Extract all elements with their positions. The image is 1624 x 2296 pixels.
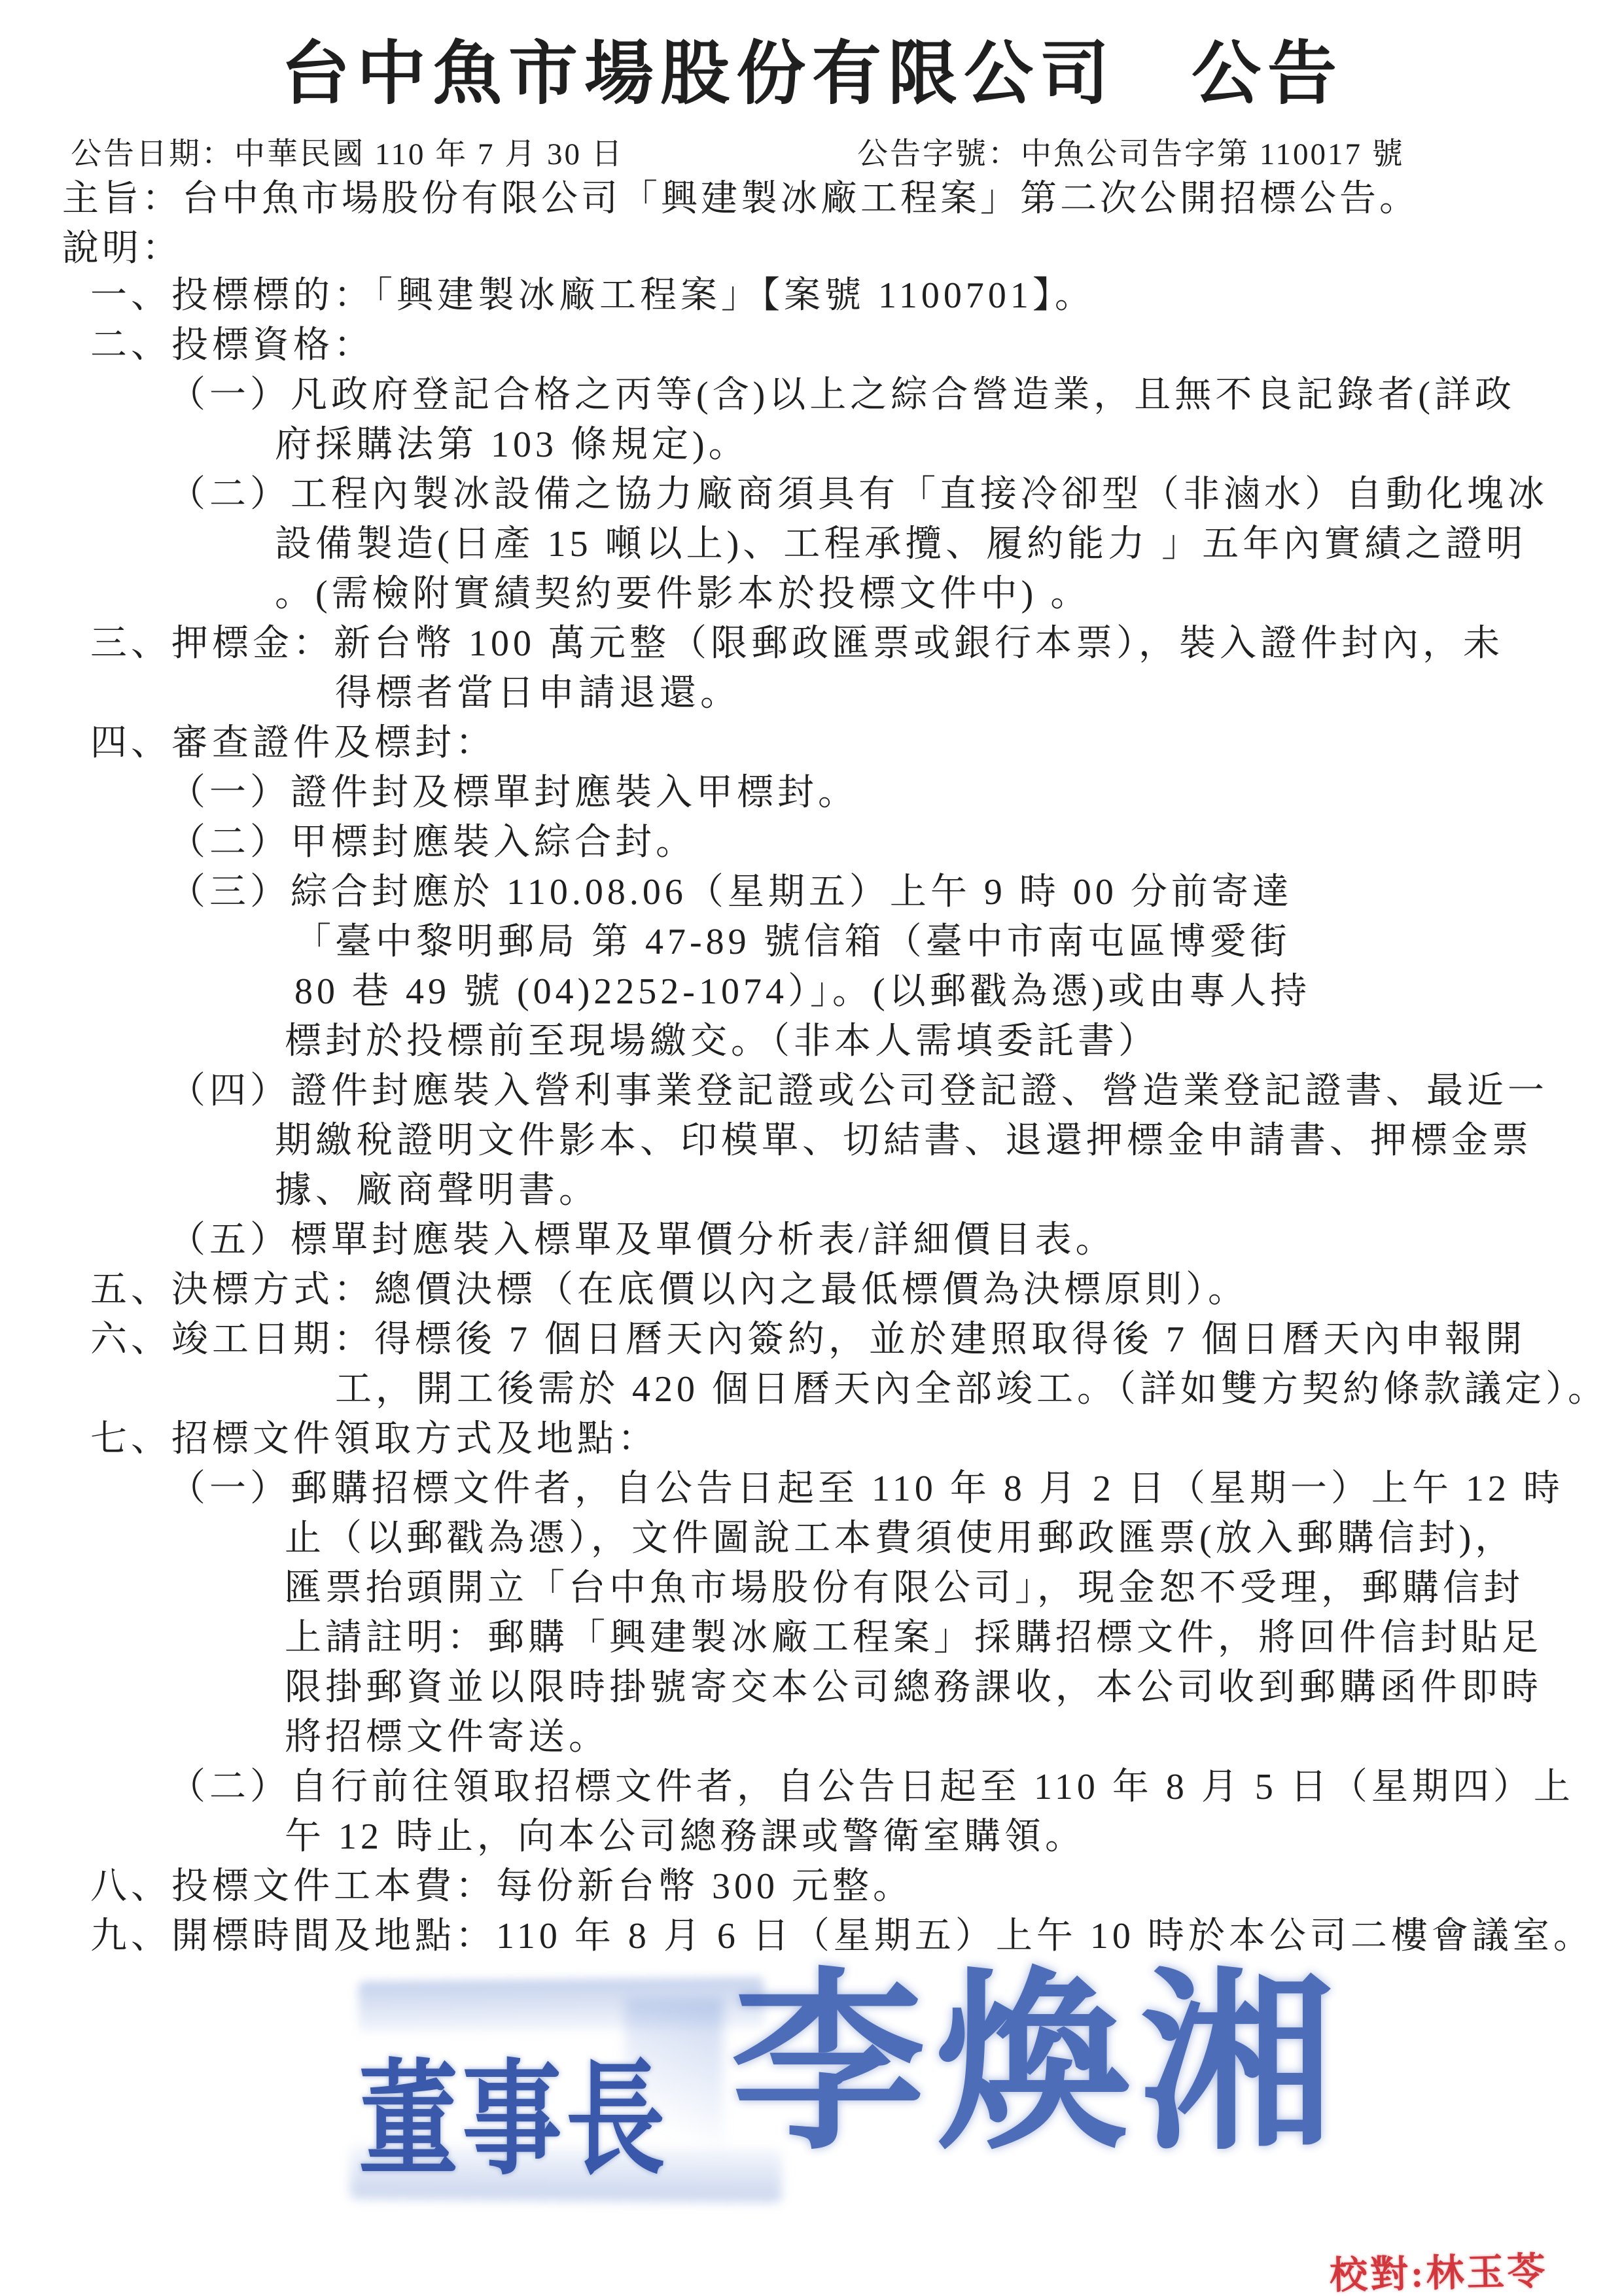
doc-line: （五）標單封應裝入標單及單價分析表/詳細價目表。 [0, 1215, 1624, 1265]
doc-line: 設備製造(日產 15 噸以上)、工程承攬、履約能力 」五年內實績之證明 [0, 519, 1624, 569]
doc-line: （一）凡政府登記合格之丙等(含)以上之綜合營造業，且無不良記錄者(詳政 [0, 370, 1624, 420]
subject-line: 主旨：台中魚市場股份有限公司「興建製冰廠工程案」第二次公開招標公告。 [62, 174, 1419, 224]
doc-line: （三）綜合封應於 110.08.06（星期五）上午 9 時 00 分前寄達 [0, 867, 1624, 917]
chairman-title-stamp: 董事長 [359, 2020, 669, 2199]
announce-number: 公告字號：中魚公司告字第 110017 號 [857, 130, 1405, 173]
doc-line: 六、竣工日期：得標後 7 個日曆天內簽約，並於建照取得後 7 個日曆天內申報開 [0, 1315, 1624, 1365]
doc-line: 八、投標文件工本費：每份新台幣 300 元整。 [0, 1862, 1624, 1911]
doc-line: 標封於投標前至現場繳交。（非本人需填委託書） [0, 1017, 1624, 1066]
doc-line: 據、廠商聲明書。 [0, 1166, 1624, 1215]
doc-line: 工，開工後需於 420 個日曆天內全部竣工。（詳如雙方契約條款議定）。 [0, 1365, 1624, 1414]
doc-line: 80 巷 49 號 (04)2252-1074）」。(以郵戳為憑)或由專人持 [0, 967, 1624, 1017]
doc-line: （二）工程內製冰設備之協力廠商須具有「直接冷卻型（非滷水）自動化塊冰 [0, 470, 1624, 519]
doc-line: 。(需檢附實績契約要件影本於投標文件中) 。 [0, 569, 1624, 619]
document-page: 台中魚市場股份有限公司 公告 公告日期：中華民國 110 年 7 月 30 日 … [0, 0, 1624, 2296]
doc-line: 一、投標標的：「興建製冰廠工程案」【案號 1100701】。 [0, 271, 1624, 321]
chairman-name-stamp: 李煥湘 [732, 1960, 1344, 2173]
doc-line: （四）證件封應裝入營利事業登記證或公司登記證、營造業登記證書、最近一 [0, 1066, 1624, 1116]
doc-line: 四、審查證件及標封： [0, 718, 1624, 768]
doc-line: （二）甲標封應裝入綜合封。 [0, 818, 1624, 867]
page-title: 台中魚市場股份有限公司 公告 [0, 18, 1624, 118]
doc-line: 止（以郵戳為憑），文件圖說工本費須使用郵政匯票(放入郵購信封)， [0, 1514, 1624, 1563]
doc-line: 將招標文件寄送。 [0, 1713, 1624, 1762]
doc-line: 期繳稅證明文件影本、印模單、切結書、退還押標金申請書、押標金票 [0, 1116, 1624, 1166]
doc-line: 二、投標資格： [0, 321, 1624, 370]
doc-line: 上請註明：郵購「興建製冰廠工程案」採購招標文件，將回件信封貼足 [0, 1613, 1624, 1663]
proofreader-stamp: 校對:林玉苓 [1329, 2240, 1548, 2296]
doc-line: （一）郵購招標文件者，自公告日起至 110 年 8 月 2 日（星期一）上午 1… [0, 1464, 1624, 1514]
doc-line: 午 12 時止，向本公司總務課或警衛室購領。 [0, 1812, 1624, 1862]
document-body: 一、投標標的：「興建製冰廠工程案」【案號 1100701】。二、投標資格：（一）… [0, 271, 1624, 1961]
doc-line: 匯票抬頭開立「台中魚市場股份有限公司」，現金恕不受理，郵購信封 [0, 1563, 1624, 1613]
doc-line: 七、招標文件領取方式及地點： [0, 1414, 1624, 1464]
doc-line: 五、決標方式：總價決標（在底價以內之最低標價為決標原則）。 [0, 1265, 1624, 1315]
doc-line: 三、押標金：新台幣 100 萬元整（限郵政匯票或銀行本票），裝入證件封內，未 [0, 619, 1624, 669]
explanation-label: 說明： [62, 224, 182, 273]
doc-line: 府採購法第 103 條規定)。 [0, 420, 1624, 470]
doc-line: 得標者當日申請退還。 [0, 669, 1624, 718]
scanned-announcement-page: { "colors": { "ink": "#1f1f1f", "stamp_b… [0, 0, 1624, 2296]
doc-line: 九、開標時間及地點：110 年 8 月 6 日（星期五）上午 10 時於本公司二… [0, 1911, 1624, 1961]
doc-line: 限掛郵資並以限時掛號寄交本公司總務課收，本公司收到郵購函件即時 [0, 1663, 1624, 1713]
doc-line: （一）證件封及標單封應裝入甲標封。 [0, 768, 1624, 818]
doc-line: 「臺中黎明郵局 第 47-89 號信箱（臺中市南屯區博愛街 [0, 917, 1624, 967]
doc-line: （二）自行前往領取招標文件者，自公告日起至 110 年 8 月 5 日（星期四）… [0, 1762, 1624, 1812]
meta-row: 公告日期：中華民國 110 年 7 月 30 日 公告字號：中魚公司告字第 11… [0, 130, 1624, 175]
announce-date: 公告日期：中華民國 110 年 7 月 30 日 [71, 130, 624, 173]
